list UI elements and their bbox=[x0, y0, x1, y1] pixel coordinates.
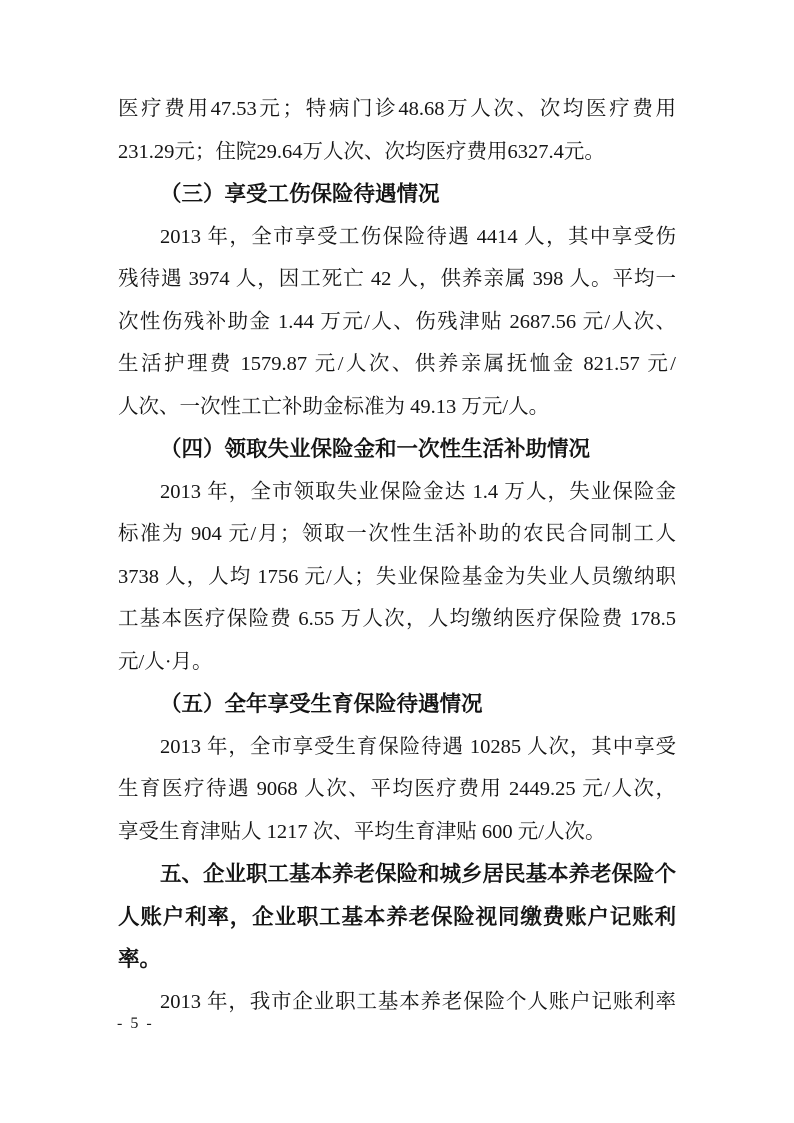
text-line: 2013 年，全市享受生育保险待遇 10285 人次，其中享受 bbox=[118, 726, 676, 769]
section-heading-5: （五）全年享受生育保险待遇情况 bbox=[118, 683, 676, 726]
text-line: 医疗费用47.53元；特病门诊48.68万人次、次均医疗费用 bbox=[118, 88, 676, 131]
text-line: 残待遇 3974 人，因工死亡 42 人，供养亲属 398 人。平均一 bbox=[118, 258, 676, 301]
text-line: 享受生育津贴人 1217 次、平均生育津贴 600 元/人次。 bbox=[118, 811, 676, 854]
page-number: - 5 - bbox=[117, 1012, 154, 1036]
text-line: 2013 年，全市领取失业保险金达 1.4 万人，失业保险金 bbox=[118, 471, 676, 514]
section-heading-3: （三）享受工伤保险待遇情况 bbox=[118, 173, 676, 216]
paragraph-pension-account-rate: 2013 年，我市企业职工基本养老保险个人账户记账利率 bbox=[118, 981, 676, 1024]
text-line: （五）全年享受生育保险待遇情况 bbox=[118, 683, 676, 726]
text-line: 生育医疗待遇 9068 人次、平均医疗费用 2449.25 元/人次， bbox=[118, 768, 676, 811]
text-line: 标准为 904 元/月；领取一次性生活补助的农民合同制工人 bbox=[118, 513, 676, 556]
paragraph-maternity: 2013 年，全市享受生育保险待遇 10285 人次，其中享受生育医疗待遇 90… bbox=[118, 726, 676, 854]
text-line: 3738 人，人均 1756 元/人；失业保险基金为失业人员缴纳职 bbox=[118, 556, 676, 599]
text-line: 工基本医疗保险费 6.55 万人次，人均缴纳医疗保险费 178.5 bbox=[118, 598, 676, 641]
section-heading-wu-pension-rates: 五、企业职工基本养老保险和城乡居民基本养老保险个人账户利率，企业职工基本养老保险… bbox=[118, 853, 676, 981]
text-line: （四）领取失业保险金和一次性生活补助情况 bbox=[118, 428, 676, 471]
paragraph-unemployment: 2013 年，全市领取失业保险金达 1.4 万人，失业保险金标准为 904 元/… bbox=[118, 471, 676, 684]
paragraph-work-injury: 2013 年，全市享受工伤保险待遇 4414 人，其中享受伤残待遇 3974 人… bbox=[118, 216, 676, 429]
document-page: 医疗费用47.53元；特病门诊48.68万人次、次均医疗费用231.29元；住院… bbox=[0, 0, 794, 1123]
text-line: 五、企业职工基本养老保险和城乡居民基本养老保险个 bbox=[118, 853, 676, 896]
text-line: 次性伤残补助金 1.44 万元/人、伤残津贴 2687.56 元/人次、 bbox=[118, 301, 676, 344]
text-line: 2013 年，全市享受工伤保险待遇 4414 人，其中享受伤 bbox=[118, 216, 676, 259]
text-line: 生活护理费 1579.87 元/人次、供养亲属抚恤金 821.57 元/ bbox=[118, 343, 676, 386]
text-line: 元/人·月。 bbox=[118, 641, 676, 684]
text-line: 2013 年，我市企业职工基本养老保险个人账户记账利率 bbox=[118, 981, 676, 1024]
document-content: 医疗费用47.53元；特病门诊48.68万人次、次均医疗费用231.29元；住院… bbox=[118, 88, 676, 1023]
text-line: 人账户利率，企业职工基本养老保险视同缴费账户记账利 bbox=[118, 896, 676, 939]
text-line: （三）享受工伤保险待遇情况 bbox=[118, 173, 676, 216]
text-line: 231.29元；住院29.64万人次、次均医疗费用6327.4元。 bbox=[118, 131, 676, 174]
section-heading-4: （四）领取失业保险金和一次性生活补助情况 bbox=[118, 428, 676, 471]
text-line: 人次、一次性工亡补助金标准为 49.13 万元/人。 bbox=[118, 386, 676, 429]
paragraph-medical-expense-continued: 医疗费用47.53元；特病门诊48.68万人次、次均医疗费用231.29元；住院… bbox=[118, 88, 676, 173]
text-line: 率。 bbox=[118, 938, 676, 981]
